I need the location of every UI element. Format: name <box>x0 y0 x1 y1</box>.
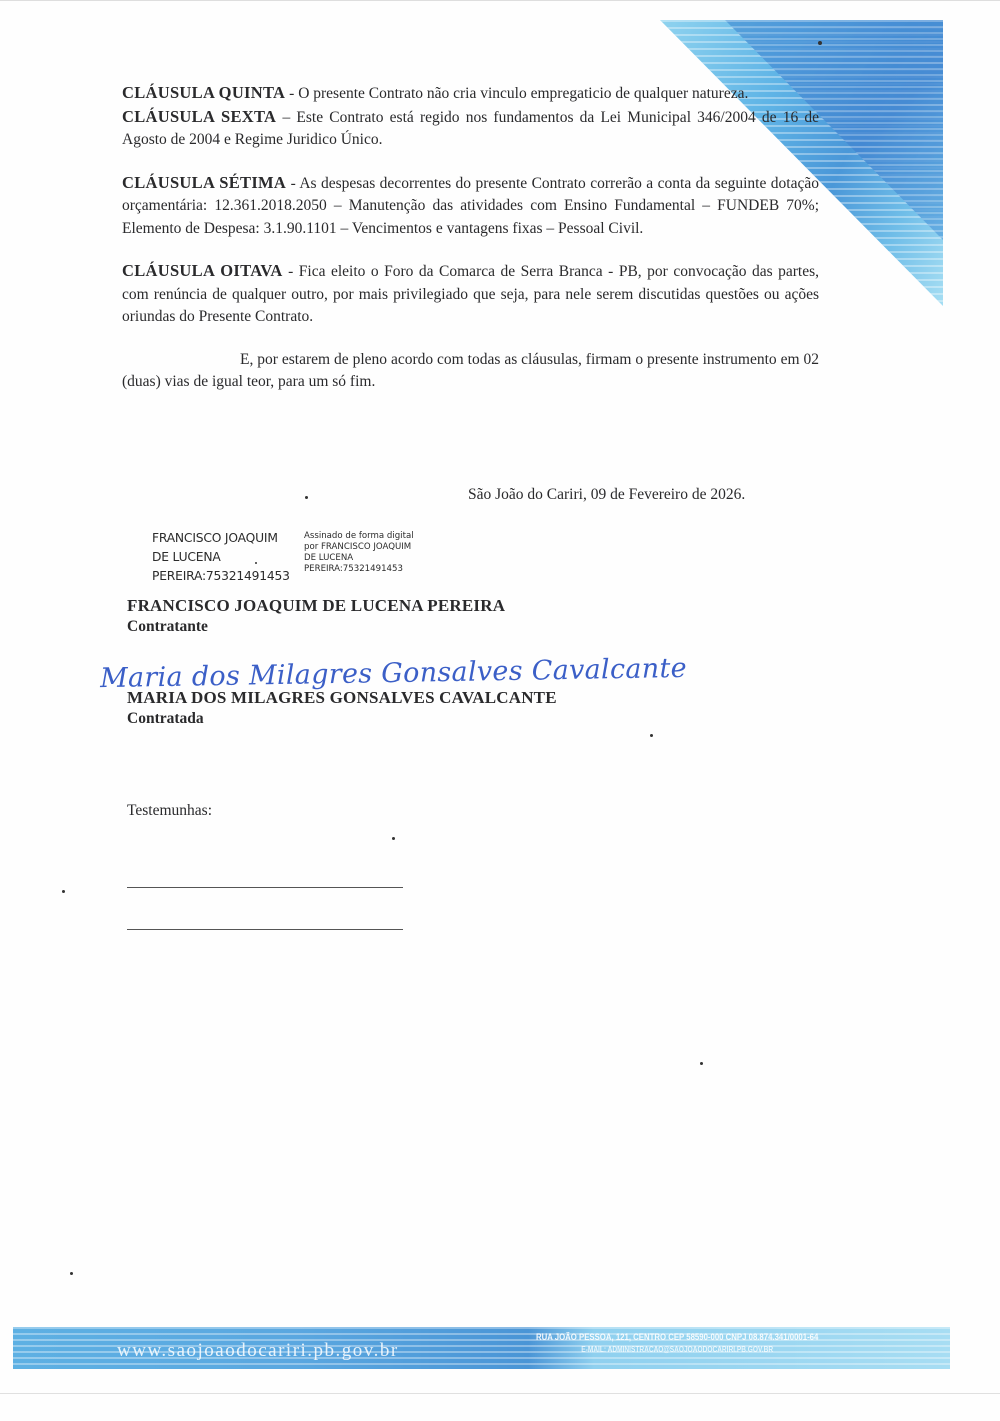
witness-signature-line <box>127 887 403 888</box>
scan-speck <box>700 1062 703 1065</box>
witnesses-label: Testemunhas: <box>127 802 212 820</box>
footer-address: RUA JOÃO PESSOA, 121, CENTRO CEP 58590-0… <box>536 1332 818 1343</box>
footer-address-block: RUA JOÃO PESSOA, 121, CENTRO CEP 58590-0… <box>505 1332 849 1356</box>
digital-signature-name: FRANCISCO JOAQUIM DE LUCENA PEREIRA:7532… <box>152 529 304 586</box>
scan-speck <box>70 1272 73 1275</box>
closing-paragraph: E, por estarem de pleno acordo com todas… <box>122 349 819 394</box>
scan-speck <box>650 734 653 737</box>
scan-speck <box>818 41 822 45</box>
footer-website: www.saojoaodocariri.pb.gov.br <box>117 1340 399 1362</box>
handwritten-signature: Maria dos Milagres Gonsalves Cavalcante <box>100 653 687 694</box>
place-and-date: São João do Cariri, 09 de Fevereiro de 2… <box>468 486 745 504</box>
scan-edge-top <box>0 0 1000 1</box>
clause-title: CLÁUSULA QUINTA <box>122 83 285 102</box>
digital-signature-block: FRANCISCO JOAQUIM DE LUCENA PEREIRA:7532… <box>152 529 464 586</box>
clause-title: CLÁUSULA SEXTA <box>122 107 276 126</box>
witness-signature-line <box>127 929 403 930</box>
clause-separator: - <box>285 85 298 102</box>
footer-email: E-MAIL: ADMINISTRACAO@SAOJOAODOCARIRI.PB… <box>505 1344 849 1356</box>
clause-oitava: CLÁUSULA OITAVA - Fica eleito o Foro da … <box>122 260 819 329</box>
clause-separator: - <box>286 175 299 192</box>
document-page: CLÁUSULA QUINTA - O presente Contrato nã… <box>0 0 1000 1421</box>
scan-speck <box>305 496 308 499</box>
contract-body: CLÁUSULA QUINTA - O presente Contrato nã… <box>122 82 819 394</box>
scan-speck <box>255 562 257 564</box>
contratante-role: Contratante <box>127 618 505 636</box>
contratada-block: MARIA DOS MILAGRES GONSALVES CAVALCANTE … <box>127 688 557 728</box>
clause-title: CLÁUSULA SÉTIMA <box>122 173 286 192</box>
clause-setima: CLÁUSULA SÉTIMA - As despesas decorrente… <box>122 172 819 241</box>
contratante-block: FRANCISCO JOAQUIM DE LUCENA PEREIRA Cont… <box>127 596 505 636</box>
digital-signature-stamp: Assinado de forma digital por FRANCISCO … <box>304 531 464 575</box>
scan-speck <box>62 890 65 893</box>
clause-separator: - <box>283 263 299 280</box>
contratante-name: FRANCISCO JOAQUIM DE LUCENA PEREIRA <box>127 596 505 616</box>
scan-edge-bottom <box>0 1393 1000 1394</box>
clause-separator: – <box>276 109 296 126</box>
clause-quinta: CLÁUSULA QUINTA - O presente Contrato nã… <box>122 82 819 106</box>
clause-sexta: CLÁUSULA SEXTA – Este Contrato está regi… <box>122 106 819 152</box>
scan-speck <box>392 837 395 840</box>
clause-text: O presente Contrato não cria vinculo emp… <box>298 85 748 102</box>
clause-title: CLÁUSULA OITAVA <box>122 261 283 280</box>
contratada-role: Contratada <box>127 710 557 728</box>
